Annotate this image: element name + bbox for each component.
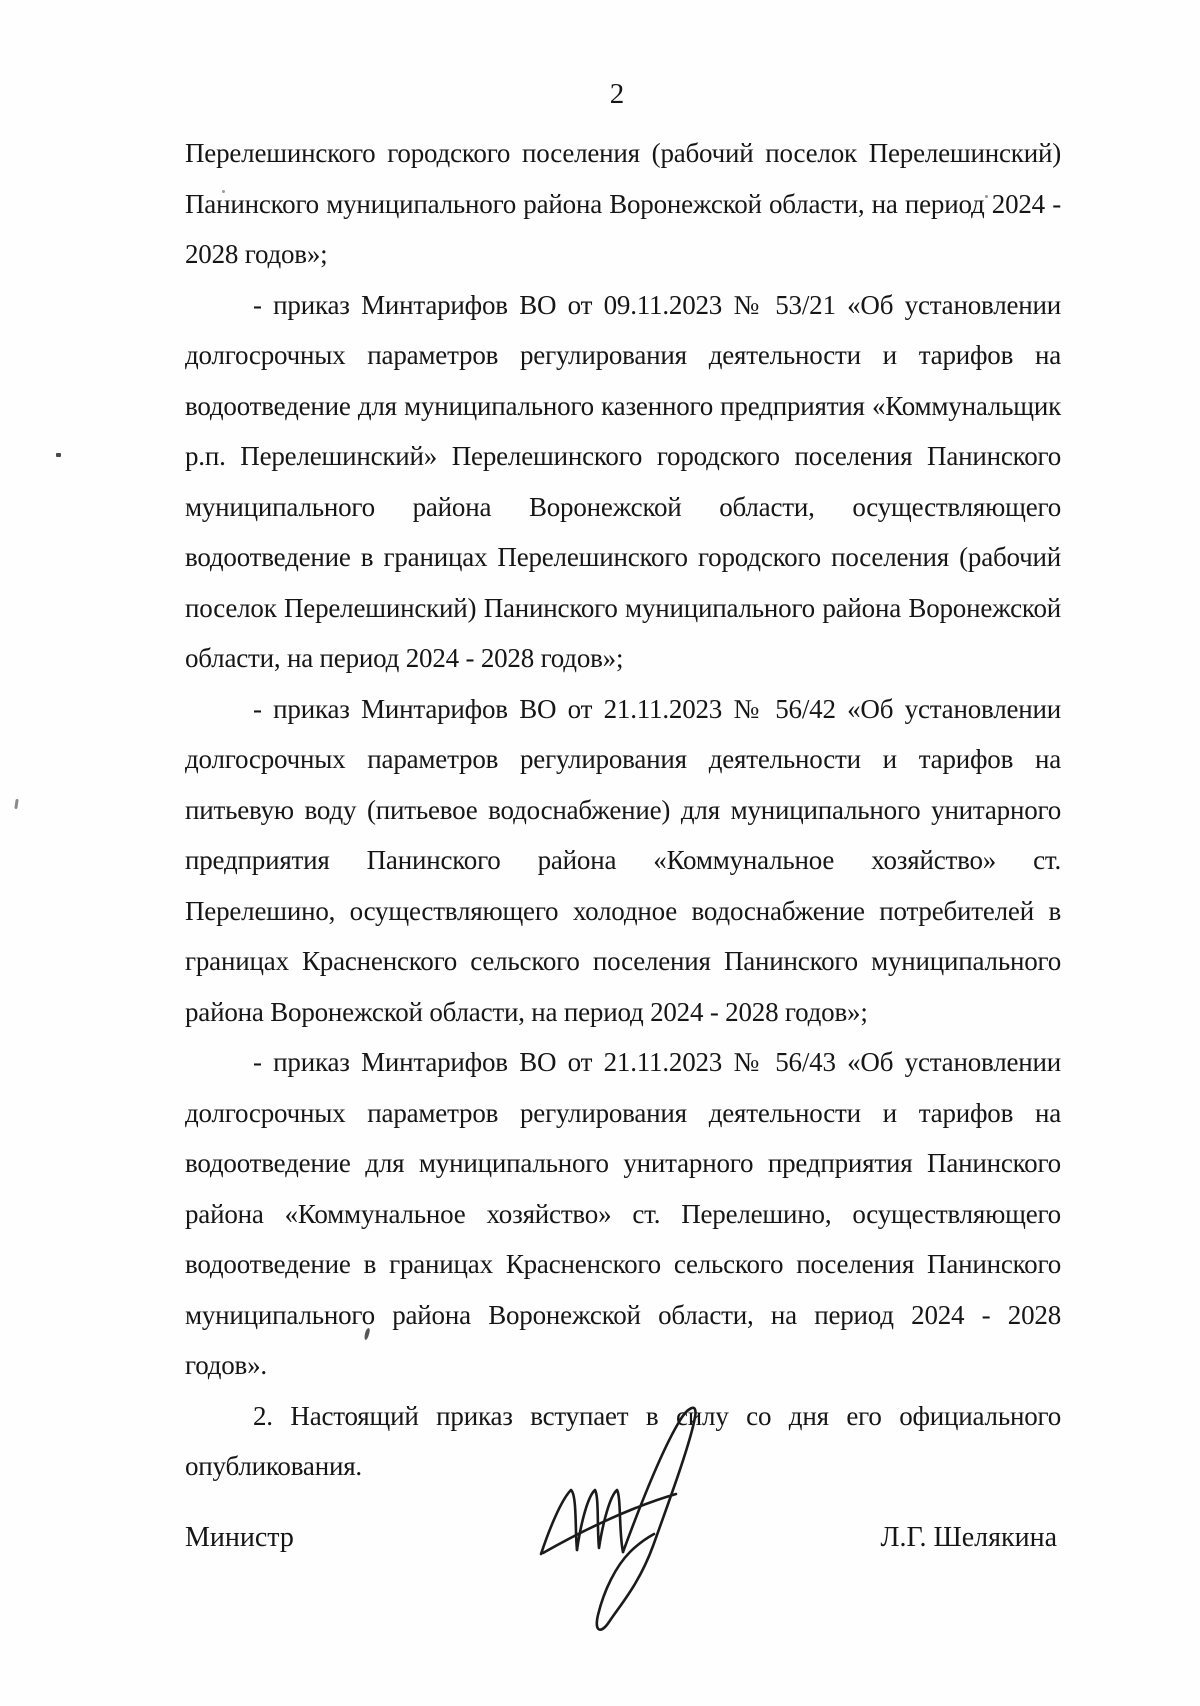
minister-signature-handwriting — [533, 1404, 705, 1639]
page-number: 2 — [0, 78, 1200, 111]
signer-position-label: Министр — [185, 1522, 294, 1554]
paragraph: - приказ Минтарифов ВО от 09.11.2023 № 5… — [185, 280, 1061, 684]
document-body: Перелешинского городского поселения (раб… — [185, 128, 1061, 1492]
paragraph: Перелешинского городского поселения (раб… — [185, 128, 1061, 280]
paragraph: - приказ Минтарифов ВО от 21.11.2023 № 5… — [185, 684, 1061, 1038]
paragraph: - приказ Минтарифов ВО от 21.11.2023 № 5… — [185, 1037, 1061, 1391]
scan-artifact — [14, 799, 18, 809]
scan-artifact — [985, 195, 988, 198]
document-page: 2 Перелешинского городского поселения (р… — [0, 0, 1200, 1706]
scan-artifact — [56, 453, 61, 457]
scan-artifact — [222, 190, 225, 193]
signer-name: Л.Г. Шелякина — [880, 1522, 1057, 1554]
